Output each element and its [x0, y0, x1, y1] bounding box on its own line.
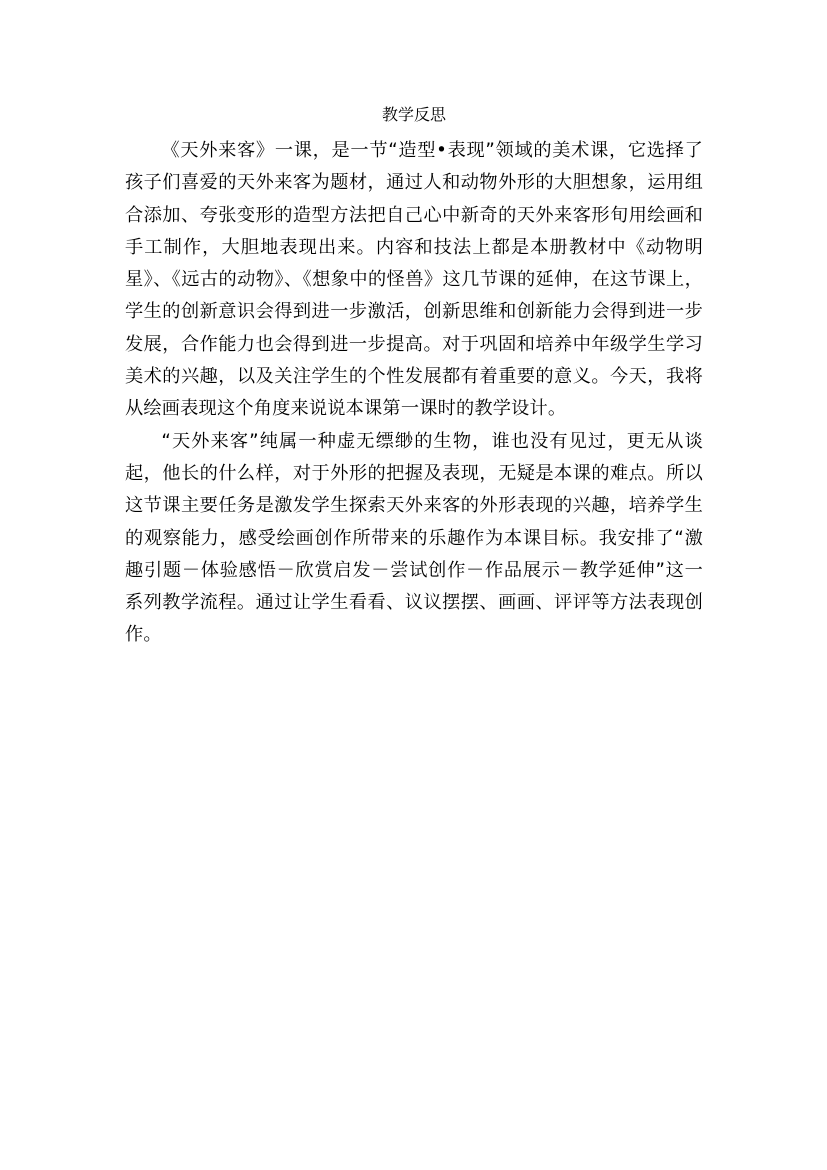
document-title: 教学反思 [125, 103, 703, 127]
paragraph-intro: 《天外来客》一课，是一节“造型•表现”领域的美术课，它选择了孩子们喜爱的天外来客… [125, 135, 703, 426]
paragraph-teaching-design: “天外来客”纯属一种虚无缥缈的生物，谁也没有见过，更无从谈起，他长的什么样，对于… [125, 426, 703, 652]
document-page: 教学反思 《天外来客》一课，是一节“造型•表现”领域的美术课，它选择了孩子们喜爱… [125, 103, 703, 652]
